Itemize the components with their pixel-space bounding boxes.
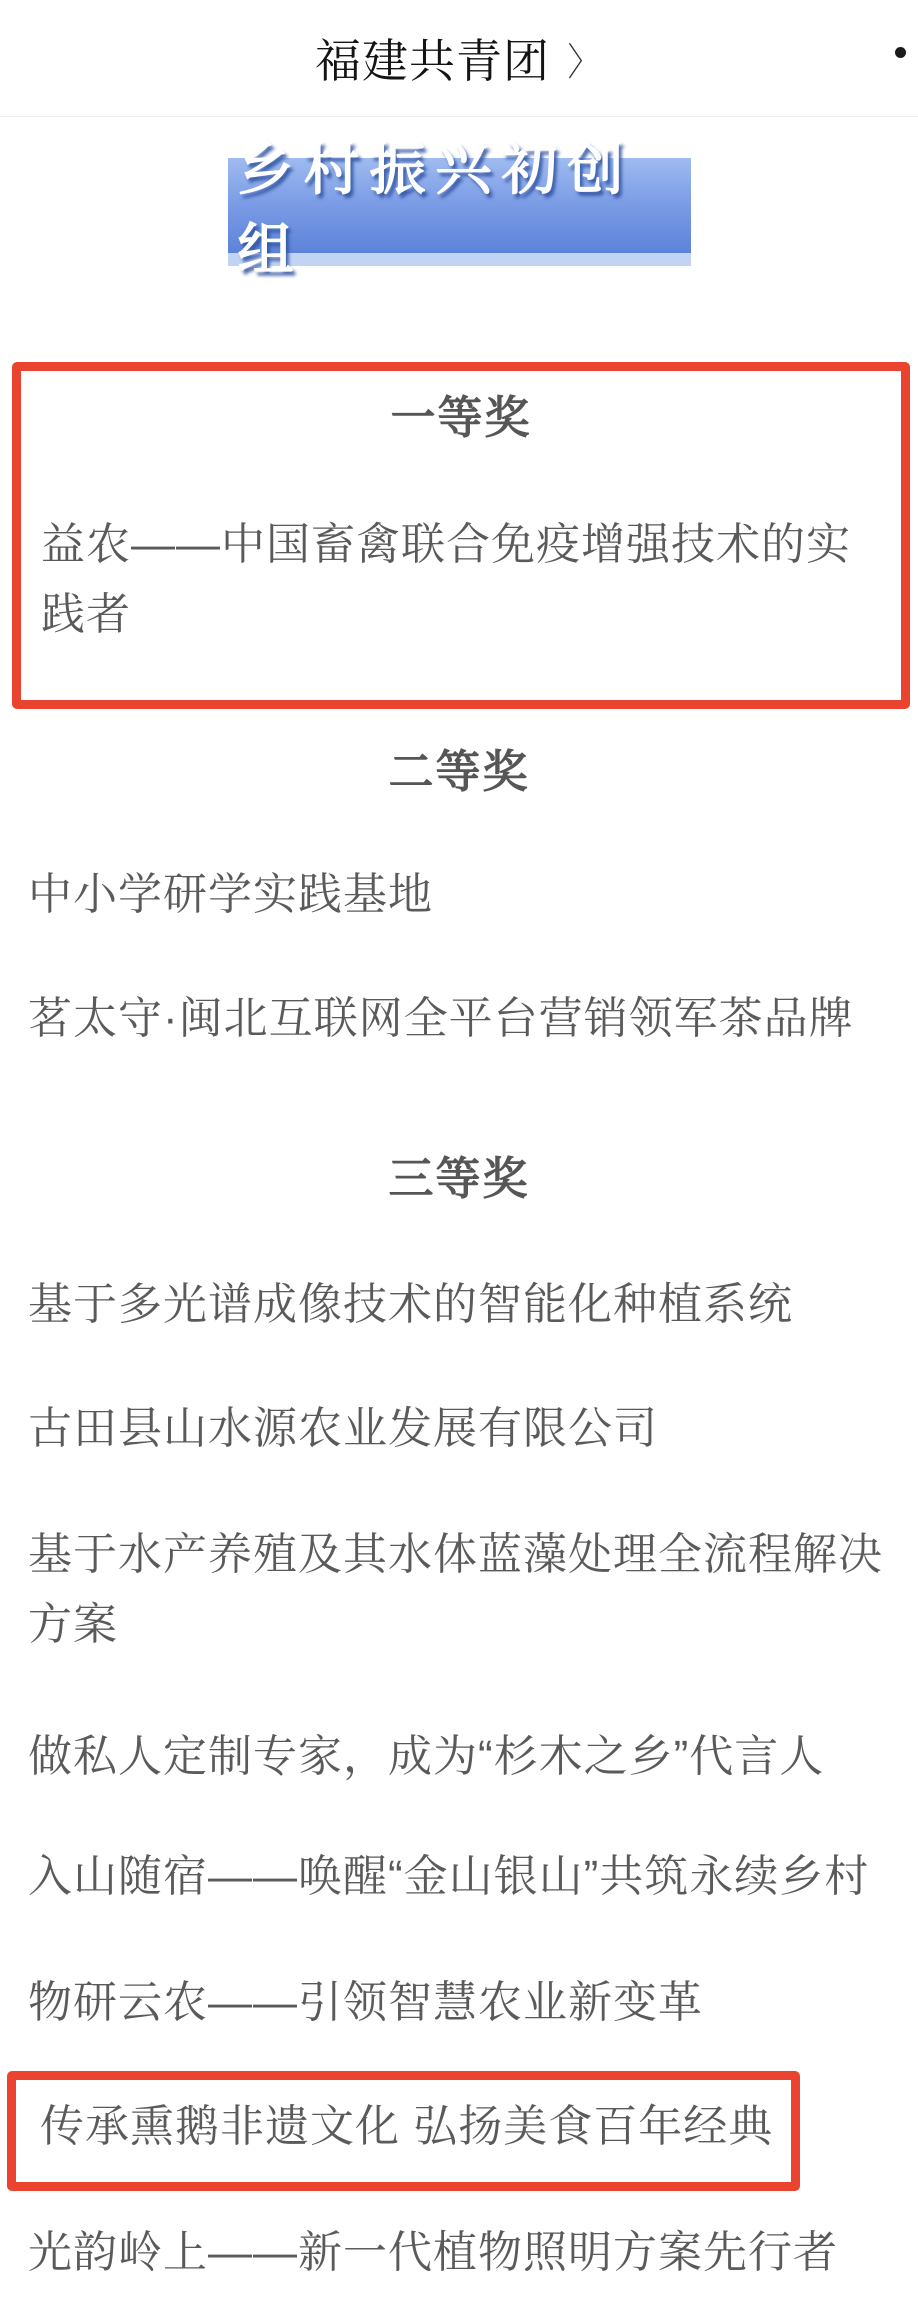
award-item: 物研云农——引领智慧农业新变革: [28, 1968, 890, 2038]
account-name[interactable]: 福建共青团 〉: [315, 25, 603, 91]
award-item: 古田县山水源农业发展有限公司: [28, 1394, 890, 1464]
award-item: 中小学研学实践基地: [28, 860, 890, 930]
award-item: 入山随宿——唤醒“金山银山”共筑永续乡村: [28, 1842, 890, 1912]
group-banner-label: 乡村振兴初创组: [228, 158, 691, 253]
first-prize-highlight-box: 一等奖 益农——中国畜禽联合免疫增强技术的实践者: [12, 362, 910, 709]
article-body: 乡村振兴初创组 一等奖 益农——中国畜禽联合免疫增强技术的实践者 二等奖 中小学…: [0, 158, 918, 2322]
award-item: 基于多光谱成像技术的智能化种植系统: [28, 1270, 890, 1340]
award-item: 益农——中国畜禽联合免疫增强技术的实践者: [41, 510, 881, 650]
chevron-right-icon: 〉: [568, 31, 599, 86]
second-prize-title: 二等奖: [28, 737, 890, 807]
page-title: 福建共青团: [315, 25, 550, 91]
first-prize-title: 一等奖: [41, 383, 881, 453]
page: 福建共青团 〉 乡村振兴初创组 一等奖 益农——中国畜禽联合免疫增强技术的实践者…: [0, 0, 918, 2322]
award-item: 基于水产养殖及其水体蓝藻处理全流程解决方案: [28, 1520, 890, 1660]
award-item: 传承熏鹅非遗文化 弘扬美食百年经典: [40, 2092, 781, 2162]
award-item: 光韵岭上——新一代植物照明方案先行者: [28, 2218, 890, 2288]
award-item: 做私人定制专家，成为“杉木之乡”代言人: [28, 1722, 890, 1792]
top-bar: 福建共青团 〉: [0, 0, 918, 117]
award-item: 茗太守·闽北互联网全平台营销领军茶品牌: [28, 984, 890, 1054]
menu-dot-icon[interactable]: [895, 47, 906, 58]
third-prize-title: 三等奖: [28, 1144, 890, 1214]
group-banner: 乡村振兴初创组: [228, 158, 691, 266]
third-prize-highlight-box: 传承熏鹅非遗文化 弘扬美食百年经典: [7, 2071, 800, 2191]
